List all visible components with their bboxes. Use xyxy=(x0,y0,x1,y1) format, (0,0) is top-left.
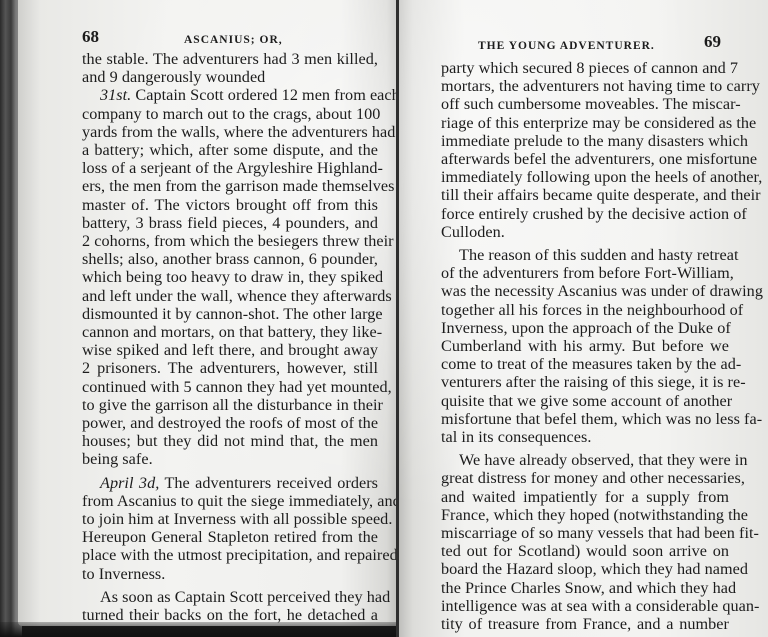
text-line: riage of this enterprize may be consider… xyxy=(441,114,729,132)
text-line: tity of treasure from France, and a numb… xyxy=(441,615,729,633)
book-spread: 68 ASCANIUS; OR, the stable. The adventu… xyxy=(0,0,768,637)
text-line: party which secured 8 pieces of cannon a… xyxy=(441,59,729,77)
right-running-head: THE YOUNG ADVENTURER. xyxy=(478,40,655,52)
text-line: great distress for money and other neces… xyxy=(441,469,729,487)
text-line: quisite that we give some account of ano… xyxy=(441,392,729,410)
text-line: venturers after the raising of this sieg… xyxy=(441,373,729,391)
text-line: to give the garrison all the disturbance… xyxy=(82,396,378,414)
text-line: Hereupon General Stapleton retired from … xyxy=(82,528,378,546)
text-line: 31st. Captain Scott ordered 12 men from … xyxy=(82,86,378,104)
text-line: April 3d, The adventurers received order… xyxy=(82,474,378,492)
text-line: a battery; which, after some dispute, an… xyxy=(82,141,378,159)
text-line: board the Hazard sloop, which they had n… xyxy=(441,560,729,578)
text-line: cannon and mortars, on that battery, the… xyxy=(82,323,378,341)
text-line: The reason of this sudden and hasty retr… xyxy=(441,246,729,264)
text-line: off such cumbersome moveables. The misca… xyxy=(441,95,729,113)
text-line: till their affairs became quite desperat… xyxy=(441,186,729,204)
text-line: 2 cohorns, from which the besiegers thre… xyxy=(82,232,378,250)
text-line: yards from the walls, where the adventur… xyxy=(82,123,378,141)
text-line: loss of a serjeant of the Argyleshire Hi… xyxy=(82,159,378,177)
text-line: together all his forces in the neighbour… xyxy=(441,301,729,319)
text-line: to Inverness. xyxy=(82,565,378,583)
text-line: immediate prelude to the many disasters … xyxy=(441,132,729,150)
text-line: Cumberland with his army. But before we xyxy=(441,337,729,355)
text-line: 2 prisoners. The adventurers, however, s… xyxy=(82,359,378,377)
text-line: Inverness, upon the approach of the Duke… xyxy=(441,319,729,337)
text-line: which being too heavy to draw in, they s… xyxy=(82,268,378,286)
text-line: shells; also, another brass cannon, 6 po… xyxy=(82,250,378,268)
text-line: from Ascanius to quit the siege immediat… xyxy=(82,492,378,510)
text-line: ted out for Scotland) would soon arrive … xyxy=(441,542,729,560)
text-line: wise spiked and left there, and brought … xyxy=(82,341,378,359)
text-line: afterwards befel the adventurers, one mi… xyxy=(441,150,729,168)
date-label: 31st. xyxy=(100,86,131,104)
text-line: ers, the men from the garrison made them… xyxy=(82,177,378,195)
date-label: April 3d, xyxy=(100,474,159,492)
text-line: was the necessity Ascanius was under of … xyxy=(441,282,729,300)
left-page-text: the stable. The adventurers had 3 men ki… xyxy=(82,50,378,624)
text-line: dismounted it by cannon-shot. The other … xyxy=(82,305,378,323)
text-line: battery, 3 brass field pieces, 4 pounder… xyxy=(82,214,378,232)
page-bottom-shadow xyxy=(0,622,400,637)
text-line: force entirely crushed by the decisive a… xyxy=(441,205,729,223)
text-line: being safe. xyxy=(82,450,378,468)
text-line: France, which they hoped (notwithstandin… xyxy=(441,506,729,524)
text-line: miscarriage of so many vessels that had … xyxy=(441,524,729,542)
text-line: master of. The victors brought off from … xyxy=(82,196,378,214)
text-line: intelligence was at sea with a considera… xyxy=(441,597,729,615)
text-line: of the adventurers from before Fort-Will… xyxy=(441,264,729,282)
left-page-number: 68 xyxy=(82,27,99,47)
left-page: 68 ASCANIUS; OR, the stable. The adventu… xyxy=(18,0,398,626)
text-line: misfortune that befel them, which was no… xyxy=(441,410,729,428)
text-line: Culloden. xyxy=(441,223,729,241)
text-line: to join him at Inverness with all possib… xyxy=(82,510,378,528)
left-running-head: ASCANIUS; OR, xyxy=(184,34,283,46)
text-line: As soon as Captain Scott perceived they … xyxy=(82,588,378,606)
text-line: houses; but they did not mind that, the … xyxy=(82,432,378,450)
text-line: and 9 dangerously wounded xyxy=(82,68,378,86)
text-line: We have already observed, that they were… xyxy=(441,451,729,469)
text-line: the Prince Charles Snow, and which they … xyxy=(441,579,729,597)
text-line: and left under the wall, whence they aft… xyxy=(82,287,378,305)
text-line: company to march out to the crags, about… xyxy=(82,105,378,123)
book-gutter xyxy=(396,0,399,637)
text-line: continued with 5 cannon they had yet mou… xyxy=(82,378,378,396)
text-line: immediately following upon the heels of … xyxy=(441,168,729,186)
text-line: place with the utmost precipitation, and… xyxy=(82,546,378,564)
right-page-text: party which secured 8 pieces of cannon a… xyxy=(441,59,729,633)
text-line: the stable. The adventurers had 3 men ki… xyxy=(82,50,378,68)
text-line: mortars, the adventurers not having time… xyxy=(441,77,729,95)
right-page: THE YOUNG ADVENTURER. 69 party which sec… xyxy=(398,0,768,637)
text-line: power, and destroyed the roofs of most o… xyxy=(82,414,378,432)
text-line: and waited impatiently for a supply from xyxy=(441,488,729,506)
right-page-number: 69 xyxy=(704,32,721,52)
text-line: tal in its consequences. xyxy=(441,428,729,446)
text-line: come to treat of the measures taken by t… xyxy=(441,355,729,373)
